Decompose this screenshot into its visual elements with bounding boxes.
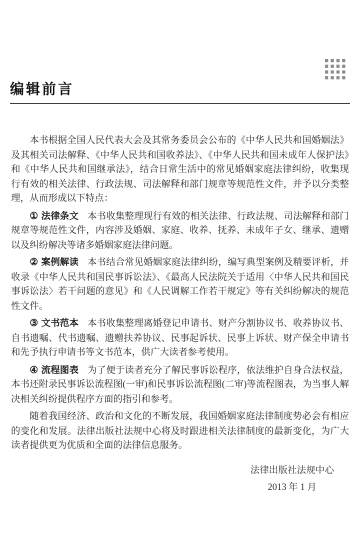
- page-title: 编辑前言: [10, 80, 74, 98]
- feature-label: 文书范本: [41, 319, 78, 329]
- feature-item-2: ②案例解读本书结合常见婚姻家庭法律纠纷，编写典型案例及精要评析，并收录《中华人民…: [11, 256, 349, 314]
- feature-label: 案例解读: [41, 258, 78, 268]
- feature-number: ①: [30, 212, 38, 222]
- feature-label: 法律条文: [41, 212, 78, 222]
- dot-grid-icon: [325, 59, 347, 81]
- closing-paragraph: 随着我国经济、政治和文化的不断发展，我国婚姻家庭法律制度势必会有相应的变化和发展…: [11, 410, 349, 454]
- book-page: 编辑前言 本书根据全国人民代表大会及其常务委员会公布的《中华人民共和国婚姻法》及…: [0, 0, 360, 544]
- feature-label: 流程图表: [41, 366, 78, 376]
- feature-item-4: ④流程图表为了便于读者充分了解民事诉讼程序，依法维护自身合法权益，本书还附录民事…: [11, 364, 349, 408]
- feature-number: ③: [30, 319, 38, 329]
- signature-block: 法律出版社法规中心 2013 年 1 月: [250, 463, 334, 497]
- feature-number: ④: [30, 366, 38, 376]
- intro-paragraph: 本书根据全国人民代表大会及其常务委员会公布的《中华人民共和国婚姻法》及其相关司法…: [11, 134, 349, 207]
- header-rule: [10, 103, 350, 104]
- signature-org: 法律出版社法规中心: [250, 463, 334, 480]
- signature-date: 2013 年 1 月: [250, 480, 334, 497]
- feature-item-3: ③文书范本本书收集整理离婚登记申请书、财产分割协议书、收养协议书、自书遗嘱、代书…: [11, 317, 349, 361]
- feature-number: ②: [30, 258, 38, 268]
- feature-item-1: ①法律条文本书收集整理现行有效的相关法律、行政法规、司法解释和部门规章等规范性文…: [11, 210, 349, 254]
- preface-body: 本书根据全国人民代表大会及其常务委员会公布的《中华人民共和国婚姻法》及其相关司法…: [11, 134, 349, 457]
